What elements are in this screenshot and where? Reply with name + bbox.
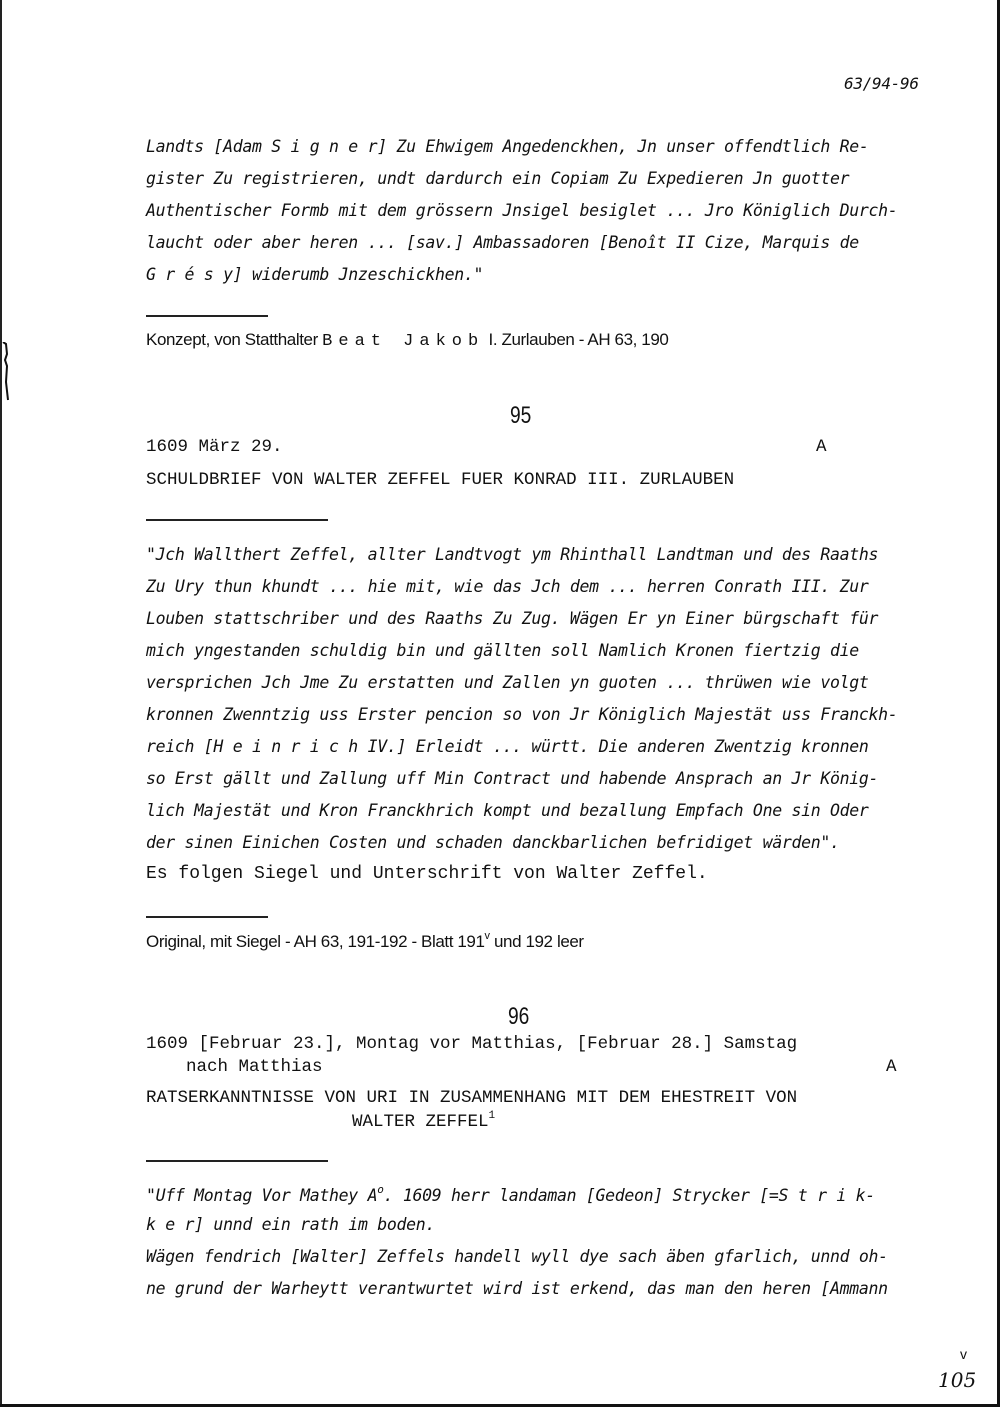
source-note: Original, mit Siegel - AH 63, 191-192 - … bbox=[146, 930, 584, 952]
separator-rule bbox=[146, 916, 268, 918]
folio-mark: v bbox=[960, 1346, 967, 1362]
source-note: Konzept, von Statthalter Beat Jakob I. Z… bbox=[146, 330, 668, 351]
text-line: versprichen Jch Jme Zu erstatten und Zal… bbox=[146, 673, 869, 692]
document-title-cont: WALTER ZEFFEL1 bbox=[352, 1110, 495, 1132]
text-line: mich yngestanden schuldig bin und gällte… bbox=[146, 641, 859, 660]
separator-rule bbox=[146, 1160, 328, 1162]
spaced-name: Beat Jakob bbox=[322, 332, 484, 351]
document-number: 96 bbox=[508, 1003, 529, 1031]
text-line: reich [H e i n r i c h IV.] Erleidt ... … bbox=[146, 737, 869, 756]
document-marker: A bbox=[816, 437, 827, 457]
text-line: Louben stattschriber und des Raaths Zu Z… bbox=[146, 609, 878, 628]
text-line: k e r] unnd ein rath im boden. bbox=[146, 1215, 435, 1234]
text-line: Zu Ury thun khundt ... hie mit, wie das … bbox=[146, 577, 869, 596]
document-marker: A bbox=[886, 1057, 897, 1077]
document-title: RATSERKANNTNISSE VON URI IN ZUSAMMENHANG… bbox=[146, 1088, 797, 1108]
text-line: Authentischer Formb mit dem grössern Jns… bbox=[146, 201, 897, 220]
document-page: 63/94-96 Landts [Adam S i g n e r] Zu Eh… bbox=[0, 0, 1000, 1407]
text-line: gister Zu registrieren, undt dardurch ei… bbox=[146, 169, 849, 188]
closing-note: Es folgen Siegel und Unterschrift von Wa… bbox=[146, 864, 708, 884]
text-line: kronnen Zwenntzig uss Erster pencion so … bbox=[146, 705, 897, 724]
page-reference: 63/94-96 bbox=[844, 74, 919, 93]
separator-rule bbox=[146, 519, 328, 521]
text-line: Landts [Adam S i g n e r] Zu Ehwigem Ang… bbox=[146, 137, 869, 156]
document-title: SCHULDBRIEF VON WALTER ZEFFEL FUER KONRA… bbox=[146, 470, 734, 490]
text-line: G r é s y] widerumb Jnzeschickhen." bbox=[146, 265, 483, 284]
footnote-marker: 1 bbox=[489, 1110, 496, 1122]
document-number: 95 bbox=[510, 402, 531, 430]
text-line: ne grund der Warheytt verantwurtet wird … bbox=[146, 1279, 888, 1298]
document-date: 1609 März 29. bbox=[146, 437, 283, 457]
page-edge-left bbox=[0, 0, 2, 1407]
text-line: lich Majestät und Kron Franckhrich kompt… bbox=[146, 801, 869, 820]
folio-number: 105 bbox=[938, 1368, 976, 1392]
text-line: "Uff Montag Vor Mathey Ao. 1609 herr lan… bbox=[146, 1183, 875, 1205]
text-line: der sinen Einichen Costen und schaden da… bbox=[146, 833, 840, 852]
document-date-cont: nach Matthias bbox=[186, 1057, 323, 1077]
margin-bracket-icon bbox=[2, 342, 10, 402]
text-line: so Erst gällt und Zallung uff Min Contra… bbox=[146, 769, 878, 788]
text-line: "Jch Wallthert Zeffel, allter Landtvogt … bbox=[146, 545, 878, 564]
text-line: laucht oder aber heren ... [sav.] Ambass… bbox=[146, 233, 859, 252]
document-date: 1609 [Februar 23.], Montag vor Matthias,… bbox=[146, 1034, 797, 1054]
separator-rule bbox=[146, 315, 268, 317]
text-line: Wägen fendrich [Walter] Zeffels handell … bbox=[146, 1247, 888, 1266]
